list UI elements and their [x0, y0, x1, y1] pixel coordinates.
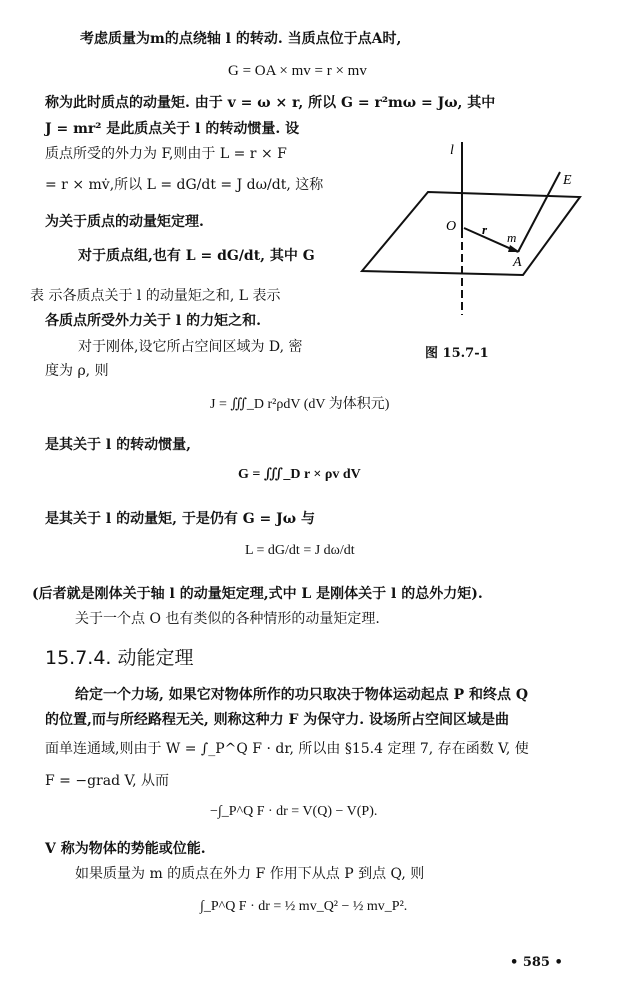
text-line: 是其关于 l 的转动惯量, — [45, 436, 191, 454]
text-line: 如果质量为 m 的质点在外力 F 作用下从点 P 到点 Q, 则 — [75, 865, 424, 883]
text-line: 质点所受的外力为 F,则由于 L = r × F — [45, 145, 287, 163]
svg-text:E: E — [562, 173, 572, 188]
text-line: V 称为物体的势能或位能. — [45, 840, 206, 858]
text-line: J = mr² 是此质点关于 l 的转动惯量. 设 — [45, 120, 299, 138]
text-line: 表 示各质点关于 l 的动量矩之和, L 表示 — [30, 287, 280, 305]
svg-text:l: l — [450, 143, 454, 158]
section-heading: 15.7.4. 动能定理 — [45, 646, 194, 670]
equation-momentum: G = OA × mv = r × mv — [228, 62, 367, 80]
text-line: 考虑质量为m的点绕轴 l 的转动. 当质点位于点A时, — [80, 30, 401, 48]
text-line: 面单连通域,则由于 W = ∫_P^Q F · dr, 所以由 §15.4 定理… — [45, 740, 529, 758]
text-line: 称为此时质点的动量矩. 由于 v = ω × r, 所以 G = r²mω = … — [45, 94, 495, 112]
equation-angular-momentum: G = ∭_D r × ρv dV — [238, 466, 361, 484]
page-number: • 585 • — [510, 955, 563, 970]
equation-torque: L = dG/dt = J dω/dt — [245, 542, 355, 560]
text-line: F = −grad V, 从而 — [45, 772, 169, 790]
svg-text:A: A — [512, 255, 522, 270]
text-line: 各质点所受外力关于 l 的力矩之和. — [45, 312, 261, 330]
svg-text:O: O — [446, 219, 456, 234]
svg-text:m: m — [507, 230, 516, 245]
equation-kinetic-energy: ∫_P^Q F · dr = ½ mv_Q² − ½ mv_P². — [200, 898, 407, 916]
svg-text:r: r — [482, 222, 488, 237]
text-line: (后者就是刚体关于轴 l 的动量矩定理,式中 L 是刚体关于 l 的总外力矩). — [32, 585, 483, 603]
text-line: 是其关于 l 的动量矩, 于是仍有 G = Jω 与 — [45, 510, 315, 528]
text-line: 为关于质点的动量矩定理. — [45, 213, 204, 231]
text-line: 给定一个力场, 如果它对物体所作的功只取决于物体运动起点 P 和终点 Q — [75, 686, 528, 704]
text-line: 对于刚体,设它所占空间区域为 D, 密 — [78, 338, 303, 356]
text-line: = r × mv̇,所以 L = dG/dt = J dω/dt, 这称 — [45, 176, 323, 194]
figure-caption: 图 15.7-1 — [425, 342, 489, 361]
equation-inertia: J = ∭_D r²ρdV (dV 为体积元) — [210, 396, 389, 414]
figure-15-7-1: l O r m A E — [350, 130, 640, 330]
text-line: 关于一个点 O 也有类似的各种情形的动量矩定理. — [75, 610, 380, 628]
text-line: 对于质点组,也有 L = dG/dt, 其中 G — [78, 247, 315, 265]
text-line: 的位置,而与所经路程无关, 则称这种力 F 为保守力. 设场所占空间区域是曲 — [45, 711, 509, 729]
text-line: 度为 ρ, 则 — [45, 362, 109, 380]
equation-potential: −∫_P^Q F · dr = V(Q) − V(P). — [210, 803, 377, 821]
